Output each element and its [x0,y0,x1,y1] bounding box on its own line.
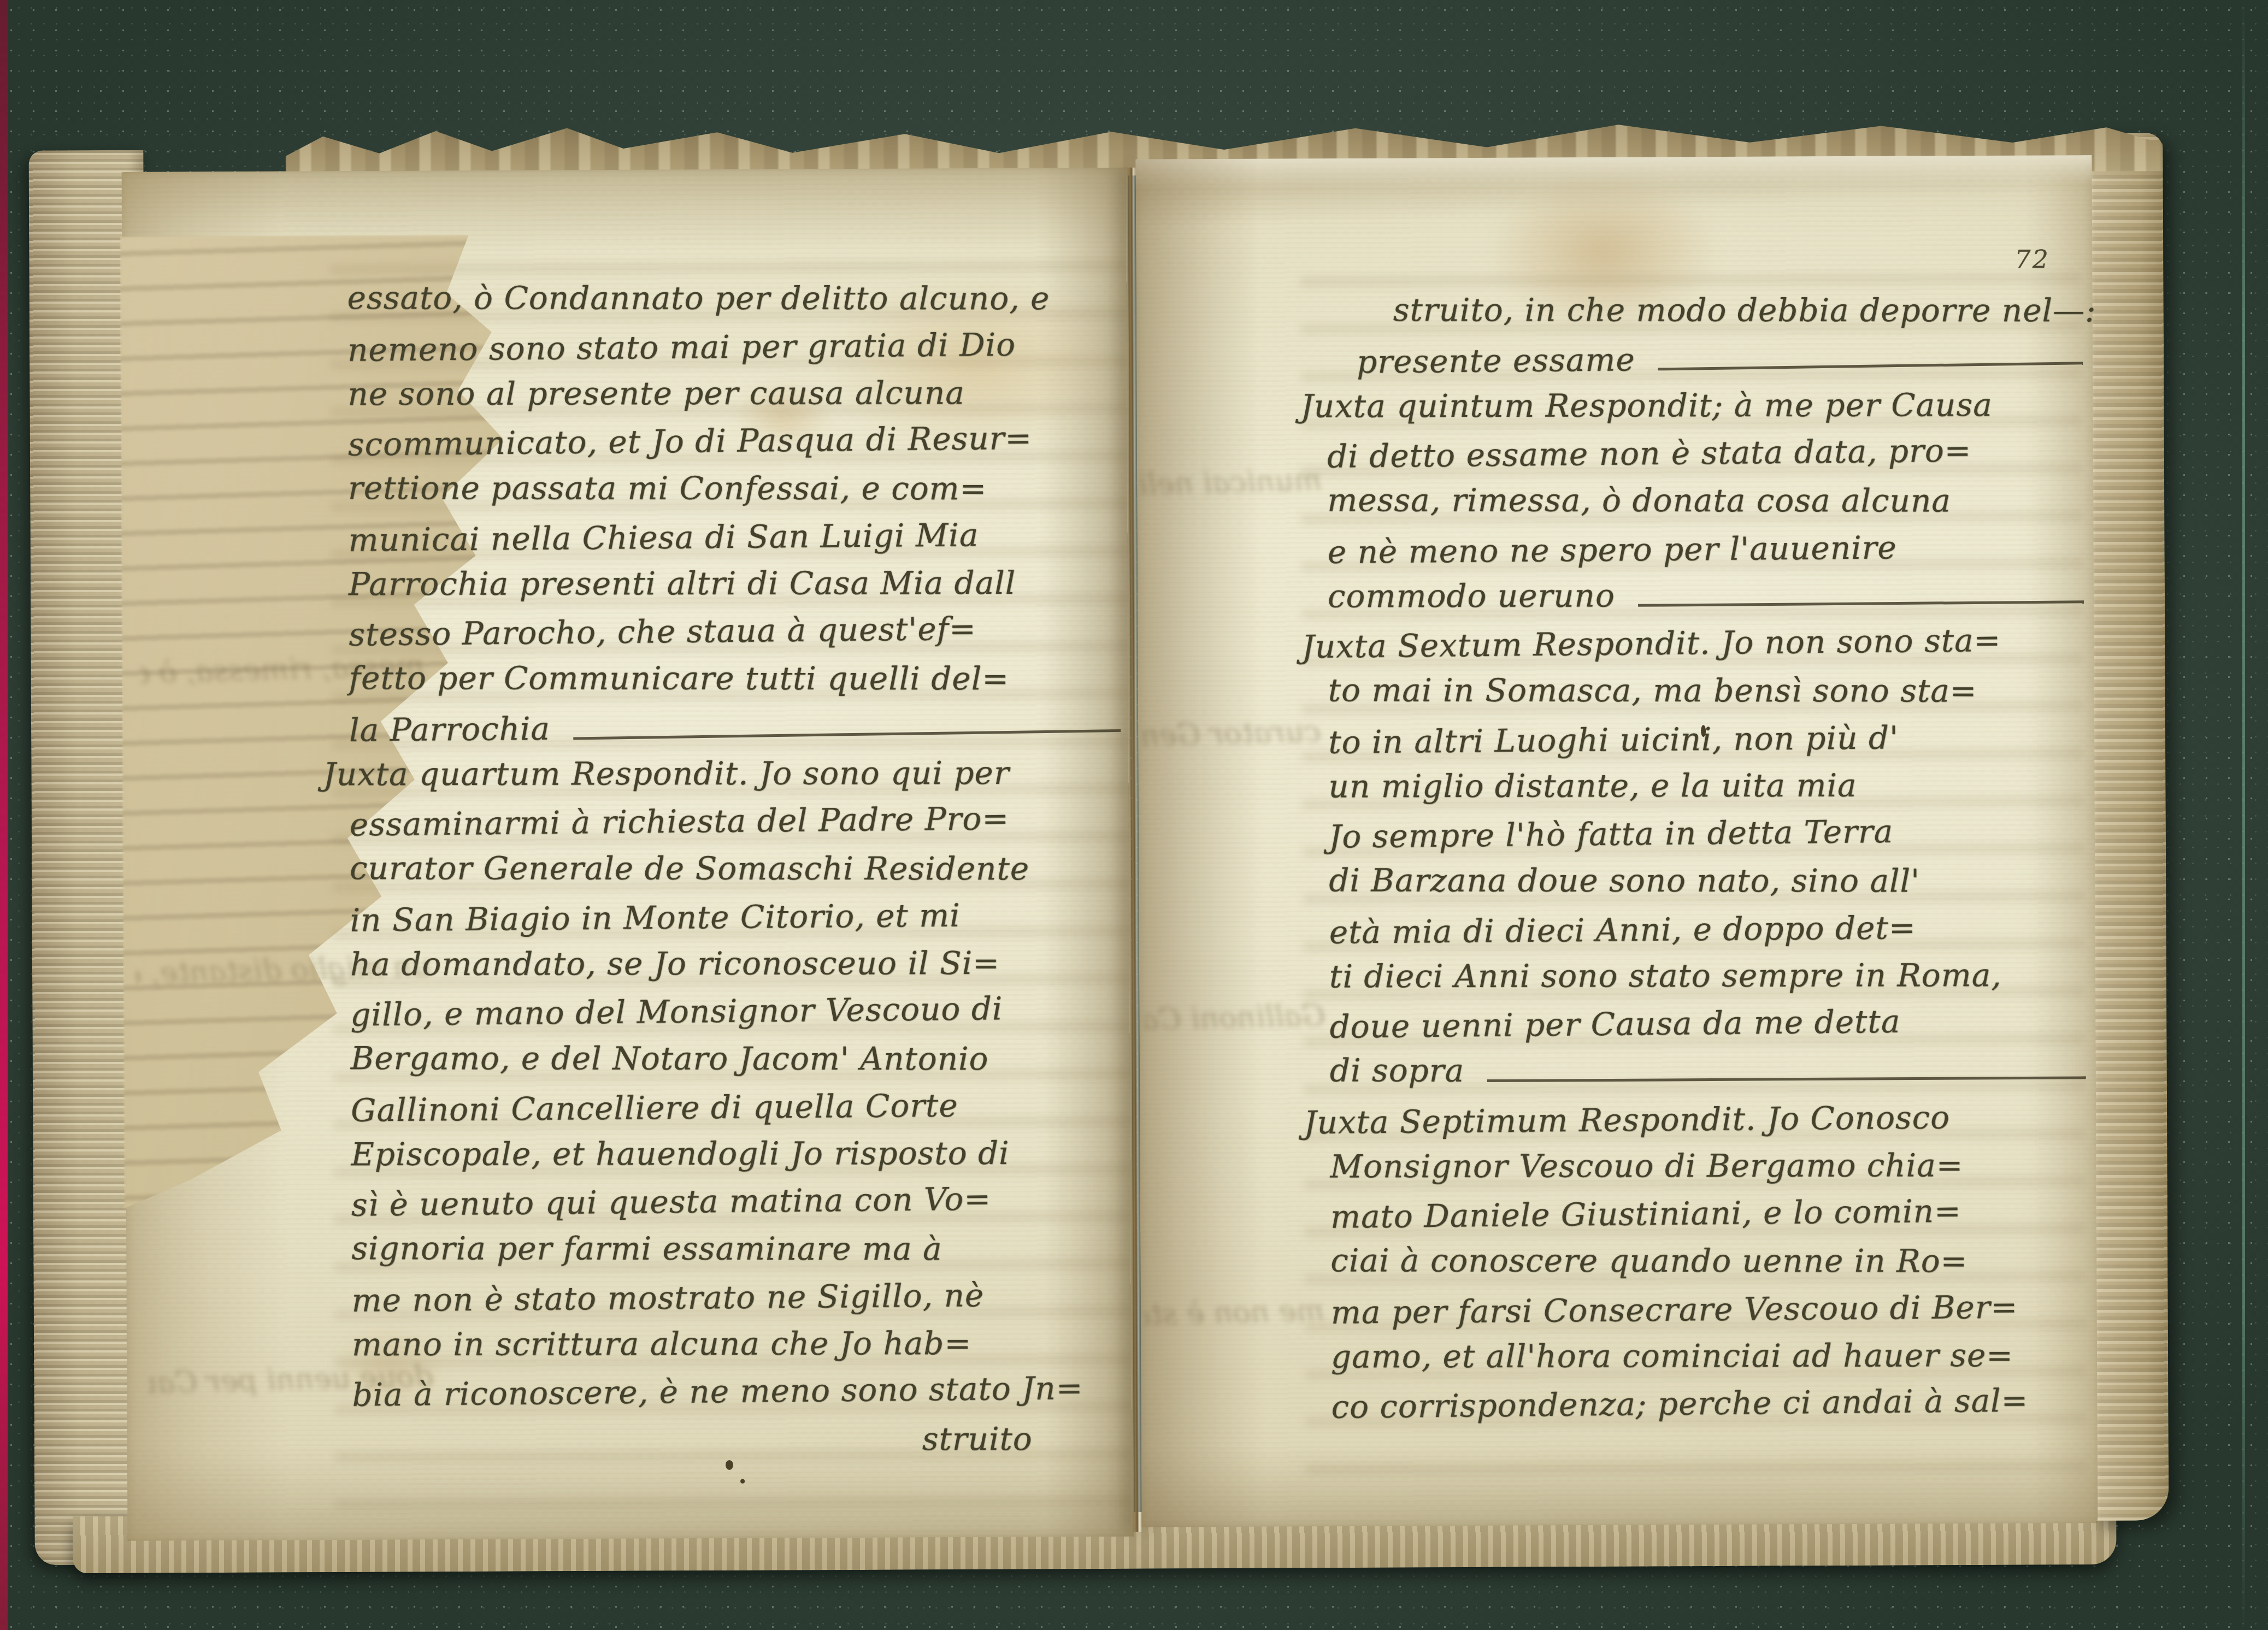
scan-edge-red-strip [0,0,8,1630]
left-page-text: essato, ò Condannato per delitto alcuno,… [347,268,1128,1459]
manuscript-line: curator Generale de Somaschi Residente [350,839,1126,887]
ink-rule [1487,1076,2086,1082]
manuscript-line-text: mato Daniele Giustiniani, e lo comin= [1330,1192,1961,1236]
manuscript-line-text: messa, rimessa, ò donata cosa alcuna [1327,482,1951,519]
manuscript-line-text: essato, ò Condannato per delitto alcuno,… [347,279,1050,317]
manuscript-line-text: di Barzana doue sono nato, sino all' [1329,862,1920,900]
page-number: 72 [2014,244,2050,274]
manuscript-line-text: municai nella Chiesa di San Luigi Mia [348,516,979,558]
manuscript-line: me non è stato mostrato ne Sigillo, nè [351,1265,1128,1319]
bleedthrough-text: Gallinoni Cancelliere di quella Corte [1145,998,1326,1037]
manuscript-line-text: ha domandato, se Jo riconosceuo il Si= [350,944,1000,983]
manuscript-line-text: essaminarmi à richiesta del Padre Pro= [350,800,1010,843]
manuscript-line: stesso Parocho, che staua à quest'ef= [349,598,1125,653]
manuscript-line: scommunicato, et Jo di Pasqua di Resur= [347,408,1124,463]
right-page-text: struito, in che modo debbia deporre nel—… [1327,280,2092,1424]
right-page: municai nella Chiesa di San Luigi Mia cu… [1136,155,2098,1527]
manuscript-line: Bergamo, e del Notaro Jacom' Antonio [351,1029,1127,1077]
manuscript-line-text: sì è uenuto qui questa matina con Vo= [351,1180,992,1223]
manuscript-line-text: doue uenni per Causa da me detta [1329,1003,1900,1046]
manuscript-line: to in altri Luoghi uicini, non più d' [1328,707,2089,760]
manuscript-line-text: Monsignor Vescouo di Bergamo chia= [1330,1147,1963,1185]
manuscript-line-text: presente essame [1357,341,1635,380]
manuscript-line: presente essame [1357,327,2088,381]
manuscript-line: mato Daniele Giustiniani, e lo comin= [1330,1180,2092,1235]
ink-speck [740,1479,745,1484]
manuscript-line-text: struito [922,1420,1033,1457]
manuscript-line-text: Juxta Septimum Respondit. Jo Conosco [1304,1099,1950,1141]
bleedthrough-text: curator Generale de Somaschi Residente [1140,714,1321,753]
manuscript-line: Monsignor Vescouo di Bergamo chia= [1330,1136,2090,1185]
manuscript-line: nemeno sono stato mai per gratia di Dio [347,315,1124,369]
manuscript-line-text: nemeno sono stato mai per gratia di Dio [347,326,1016,369]
manuscript-line-text: fetto per Communicare tutti quelli del= [349,659,1009,697]
manuscript-line: sì è uenuto qui questa matina con Vo= [351,1168,1127,1224]
manuscript-line-text: rettione passata mi Confessai, e com= [348,469,987,507]
manuscript-line-text: to in altri Luoghi uicini, non più d' [1328,719,1899,761]
manuscript-line-text: Jo sempre l'hò fatta in detta Terra [1329,813,1894,855]
manuscript-line: e nè meno ne spero per l'auuenire [1327,517,2088,570]
manuscript-line-text: gamo, et all'hora cominciai ad hauer se= [1331,1337,2013,1375]
manuscript-line-text: Juxta quintum Respondit; à me per Causa [1300,386,1992,424]
manuscript-line: ciai à conoscere quando uenne in Ro= [1330,1232,2091,1280]
manuscript-line: Episcopale, et hauendogli Jo risposto di [351,1124,1127,1173]
manuscript-line: rettione passata mi Confessai, e com= [348,459,1124,507]
manuscript-line-text: in San Biagio in Monte Citorio, et mi [350,897,961,939]
manuscript-line-text: un miglio distante, e la uita mia [1328,767,1857,805]
bleedthrough-text: municai nella Chiesa di San Luigi Mia [1141,463,1322,501]
manuscript-line: un miglio distante, e la uita mia [1328,756,2089,805]
manuscript-line: bia à riconoscere, è ne meno sono stato … [352,1359,1128,1414]
manuscript-line: ma per farsi Consecrare Vescouo di Ber= [1330,1277,2092,1331]
manuscript-line: municai nella Chiesa di San Luigi Mia [348,505,1124,559]
manuscript-line: di Barzana doue sono nato, sino all' [1329,852,2089,900]
manuscript-line-text: commodo ueruno [1328,577,1615,615]
manuscript-line-text: Episcopale, et hauendogli Jo risposto di [351,1135,1009,1173]
scan-edge-teal-line [2242,0,2245,1630]
manuscript-line: Jo sempre l'hò fatta in detta Terra [1328,800,2089,855]
manuscript-line: gamo, et all'hora cominciai ad hauer se= [1331,1326,2092,1375]
manuscript-line: essaminarmi à richiesta del Padre Pro= [349,788,1126,843]
ink-rule [1658,362,2083,370]
manuscript-line: fetto per Communicare tutti quelli del= [349,649,1125,697]
manuscript-line-text: ma per farsi Consecrare Vescouo di Ber= [1331,1289,2018,1331]
manuscript-line: Juxta Septimum Respondit. Jo Conosco [1304,1087,2091,1141]
left-page: messa, rimessa, ò donata cosa alcuna un … [122,168,1134,1541]
ink-rule [1638,600,2084,607]
manuscript-book: messa, rimessa, ò donata cosa alcuna un … [28,111,2169,1578]
manuscript-line: signoria per farmi essaminare ma à [351,1219,1127,1267]
manuscript-line: ne sono al presente per causa alcuna [347,364,1123,413]
manuscript-line-text: di detto essame non è stata data, pro= [1327,432,1972,475]
manuscript-line-text: to mai in Somasca, ma bensì sono sta= [1328,672,1977,710]
manuscript-line-text: co corrispondenza; perche ci andai à sal… [1331,1382,2028,1426]
manuscript-line-text: Bergamo, e del Notaro Jacom' Antonio [351,1040,989,1077]
manuscript-line-text: di sopra [1330,1052,1464,1089]
manuscript-line: di sopra [1330,1042,2090,1090]
manuscript-line-text: bia à riconoscere, è ne meno sono stato … [352,1369,1083,1414]
manuscript-line-text: ti dieci Anni sono stato sempre in Roma, [1329,956,2002,995]
scanner-background: messa, rimessa, ò donata cosa alcuna un … [0,0,2268,1630]
manuscript-line-text: la Parrochia [349,710,550,749]
manuscript-line: mano in scrittura alcuna che Jo hab= [352,1314,1128,1363]
manuscript-line: ti dieci Anni sono stato sempre in Roma, [1329,946,2090,995]
manuscript-line-text: ciai à conoscere quando uenne in Ro= [1330,1242,1967,1280]
manuscript-line: doue uenni per Causa da me detta [1329,990,2090,1045]
manuscript-line-text: Gallinoni Cancelliere di quella Corte [351,1087,958,1129]
book-page-edges-right [2087,133,2169,1521]
manuscript-line-text: struito, in che modo debbia deporre nel—… [1393,291,2096,329]
manuscript-line: Juxta quartum Respondit. Jo sono qui per [323,744,1125,793]
manuscript-line: in San Biagio in Monte Citorio, et mi [350,885,1126,939]
manuscript-line-text: ne sono al presente per causa alcuna [347,374,965,412]
manuscript-line-text: Juxta quartum Respondit. Jo sono qui per [323,754,1009,793]
manuscript-line: Juxta Sextum Respondit. Jo non sono sta= [1301,610,2089,665]
manuscript-line-text: età mia di dieci Anni, e doppo det= [1329,909,1916,951]
bleedthrough-text: me non è stato mostrato ne Sigillo, nè [1144,1293,1324,1332]
manuscript-line-text: me non è stato mostrato ne Sigillo, nè [351,1277,984,1319]
manuscript-line-text: mano in scrittura alcuna che Jo hab= [352,1325,971,1363]
ink-speck [726,1460,733,1470]
manuscript-line-text: scommunicato, et Jo di Pasqua di Resur= [348,420,1033,463]
manuscript-line-text: Parrochia presenti altri di Casa Mia dal… [349,564,1016,603]
manuscript-line: di detto essame non è stata data, pro= [1327,420,2088,475]
manuscript-line: messa, rimessa, ò donata cosa alcuna [1327,471,2088,519]
manuscript-line: essato, ò Condannato per delitto alcuno,… [347,269,1123,317]
manuscript-line-text: Juxta Sextum Respondit. Jo non sono sta= [1301,622,2001,665]
manuscript-line-text: gillo, e mano del Monsignor Vescouo di [350,990,1003,1033]
manuscript-line: la Parrochia [349,695,1126,749]
manuscript-line: struito, in che modo debbia deporre nel—… [1393,281,2087,329]
manuscript-line: ha domandato, se Jo riconosceuo il Si= [350,934,1126,983]
ink-rule [573,729,1121,740]
manuscript-line: co corrispondenza; perche ci andai à sal… [1331,1371,2092,1425]
manuscript-line-text: signoria per farmi essaminare ma à [351,1230,942,1267]
manuscript-line-text: e nè meno ne spero per l'auuenire [1327,529,1897,571]
manuscript-line: gillo, e mano del Monsignor Vescouo di [350,978,1127,1033]
manuscript-line: Gallinoni Cancelliere di quella Corte [351,1075,1127,1129]
manuscript-line: età mia di dieci Anni, e doppo det= [1329,897,2090,950]
manuscript-line: Juxta quintum Respondit; à me per Causa [1300,376,2087,425]
manuscript-line: to mai in Somasca, ma bensì sono sta= [1328,662,2089,710]
manuscript-line: commodo ueruno [1328,566,2088,615]
manuscript-line: struito [352,1409,1128,1457]
manuscript-line-text: stesso Parocho, che staua à quest'ef= [349,610,976,653]
manuscript-line-text: curator Generale de Somaschi Residente [350,849,1029,887]
manuscript-line: Parrochia presenti altri di Casa Mia dal… [349,554,1124,603]
